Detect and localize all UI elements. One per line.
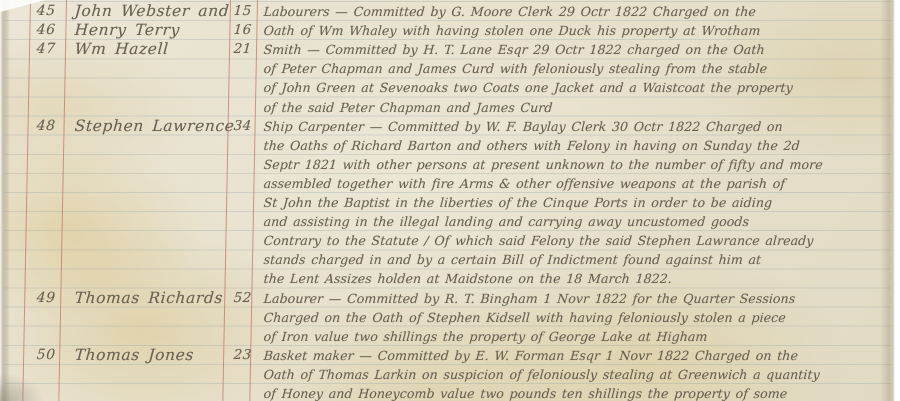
entry-line: stands charged in and by a certain Bill … xyxy=(263,250,762,269)
entry-line: the Oaths of Richard Barton and others w… xyxy=(263,136,800,155)
entry-line: Contrary to the Statute / Of which said … xyxy=(263,231,814,250)
entry-line: assembled together with fire Arms & othe… xyxy=(263,174,786,193)
entry-age: 21 xyxy=(233,40,252,59)
entry-age: 34 xyxy=(233,117,252,136)
entry-line: of Honey and Honeycomb value two pounds … xyxy=(263,384,788,401)
entry-age: 23 xyxy=(233,346,252,365)
entry-line: and assisting in the illegal landing and… xyxy=(263,212,750,231)
page-right-edge xyxy=(880,0,900,401)
entry-age: 15 xyxy=(233,2,252,21)
entry-age: 16 xyxy=(233,21,252,40)
entry-number: 45 xyxy=(36,2,56,21)
entry-line: Oath of Wm Whaley with having stolen one… xyxy=(263,21,761,40)
entry-number: 49 xyxy=(36,289,56,308)
entry-age: 52 xyxy=(233,289,252,308)
entry-line: of Peter Chapman and James Curd with fel… xyxy=(263,59,768,78)
entry-line: of the said Peter Chapman and James Curd xyxy=(263,98,553,117)
entry-name: Henry Terry xyxy=(74,21,181,40)
entry-line: Charged on the Oath of Stephen Kidsell w… xyxy=(263,308,787,327)
entry-line: of John Green at Sevenoaks two Coats one… xyxy=(263,78,794,97)
entry-line: St John the Baptist in the liberties of … xyxy=(263,193,773,212)
entry-number: 48 xyxy=(36,117,56,136)
entry-name: Thomas Richards xyxy=(74,289,224,308)
entry-line: of Iron value two shillings the property… xyxy=(263,327,708,346)
entry-line: Labourer — Committed by R. T. Bingham 1 … xyxy=(263,289,796,308)
entry-number: 46 xyxy=(36,21,56,40)
entry-line: Basket maker — Committed by E. W. Forman… xyxy=(263,346,799,365)
entry-line: Oath of Thomas Larkin on suspicion of fe… xyxy=(263,365,821,384)
entry-line: Ship Carpenter — Committed by W. F. Bayl… xyxy=(263,117,783,136)
register-page: 45John Webster and15Labourers — Committe… xyxy=(0,0,900,401)
entry-line: Labourers — Committed by G. Moore Clerk … xyxy=(263,2,757,21)
entry-name: Stephen Lawrence xyxy=(74,117,235,136)
entry-name: Wm Hazell xyxy=(74,40,169,59)
register-body: 45John Webster and15Labourers — Committe… xyxy=(0,0,900,401)
shadow-bottom-left xyxy=(0,361,60,401)
page-left-edge xyxy=(0,0,10,401)
entry-line: Septr 1821 with other persons at present… xyxy=(263,155,823,174)
entry-line: the Lent Assizes holden at Maidstone on … xyxy=(263,269,673,288)
entry-number: 47 xyxy=(36,40,56,59)
entry-line: Smith — Committed by H. T. Lane Esqr 29 … xyxy=(263,40,765,59)
entry-name: Thomas Jones xyxy=(74,346,195,365)
entry-name: John Webster and xyxy=(74,2,230,21)
